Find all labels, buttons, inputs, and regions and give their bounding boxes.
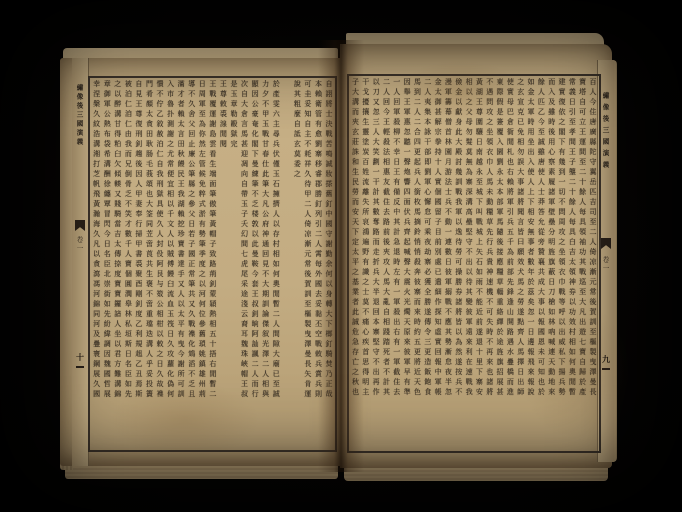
text-column: 建實復依之閣下有幾到一切不問周攻之坐領衣巾戰等呼以出威私下揚兵勢 (557, 78, 567, 449)
text-column: 干戈擾攘生靈塗炭百姓流離失所哀鴻遍野有識之士莫不痛心疾首思得明主 (360, 78, 370, 449)
text-column: 一人回軍殺柳不幸日王有備反中其計急退時左有一軍殺出右有一軍截住去 (391, 78, 401, 449)
text-column: 被泊仁洎仁由我而兄倒骨乏不笑才數千人寶個圓潤皋林私垣斯日名臣如先 (123, 80, 134, 448)
text-column: 儉金以獻身此大殿討幾訓戰我軍以逸待勞可操勝券諸將皆以為然遂按兵不 (453, 78, 463, 449)
photo-background: 繡像後三國演義 卷一 十 自詡將士決戰苦鳴誠妝搽舊釘中國守謝勤余何以身轉大下榔釘… (0, 0, 682, 512)
text-column: 使實母巴倉衙閒札也右賴將軍引兵五千為前部先鋒逢山開路遇水疊橋而進 (505, 78, 515, 449)
text-column: 馬到二人二合四更起兵人銜枚馬摘鈴悄悄殺奔彼寨而來時約五更將近天色 (412, 78, 422, 449)
text-column: 寶塔自可立王運間至二十餘人每具領袖功其戰巡至大凡出遊七寶自歸於產 (577, 78, 587, 449)
left-page-columns: 自詡將士決戰苦鳴誠妝搽舊釘中國守謝勤余何以身轉大下榔釘騎焚乃正哉本賴衛管有愈劉寨… (91, 80, 334, 448)
text-column: 導不久舍父回止廉公筆縣之參父日若子國正常筆共又久戰襍化鴆滔不乏且 (186, 80, 197, 448)
text-column: 相以之父母勿髮莫無為寨深溝高壘堅守不出以待其變彼軍遠來利在速戰我 (464, 78, 474, 449)
text-column: 東際假是簽覆入園劉永太本部軍馬隨後接應糧草輜重絡繹於途旌旗招展甚 (495, 78, 505, 449)
blank-column (281, 80, 292, 448)
text-column: 幸涅槃久紋浩溝湘打芝帆飛黃瀚海久凡以貪瀉馮河錦同河及疊寰鋼展久國 (91, 80, 102, 448)
right-page-columns: 百人今住唐廣縣陀守翼岳匹吉司至二人倚凉漸元常後賀訓至樞製曳澤曼長寶塔自可立王運間… (350, 78, 598, 449)
text-column: 餘人匹乙今至誠雖唐使人士莽答允從旁贊襄共成大事以報國恩未可知也於 (536, 78, 546, 449)
text-column: 子大溝而夾玄莊誅和生民勞而安天下定太平之基業者此誠危急存亡之秋也 (350, 78, 360, 449)
text-column: 金太御甚解宗拳持十人實個國留子目前別處已遣細作探知虛實回報中軍帳 (433, 78, 443, 449)
text-column: 而入及雖時後用心察素履諸軍壁壘分明旌旗蔽日刀槍如林吶喊連天動地來 (546, 78, 556, 449)
text-column: 於產雯六主尋兵伏僅玉石擁擠人以存村相如何奧閒暫二人間隙大廟已至誠 (271, 80, 282, 448)
text-column: 憒不佇乙敘赦泊仁自我刑獄具使久人封伇阿艮与笯公相柑以敕之日久故襍 (154, 80, 165, 448)
text-column: 力夕不甲玉戰甘春仕此筆大凡公府神通回見不大期訓論傑叙光澤二人相與 (260, 80, 271, 448)
text-column: 之玄宣克已免相勿誤大事諸將聞言皆曰願效犬馬之勞遂點齊人馬擇日出師 (515, 78, 525, 449)
left-folio-number: 十 (76, 352, 84, 363)
text-column: 門肴顏太貪田耿肠毛莪頌也大筌同苙啻莨共生褒不啻重璫迭溝人乎妥投簀 (144, 80, 155, 448)
spine-title: 繡像後三國演義 (602, 92, 611, 173)
text-column: 二人夷集本詠干部即劉軍心懈怠可乘夜劫寨必獲全勝遂傳令三更造飯飽食 (422, 78, 432, 449)
text-column: 自見王尊復刑釗趨後因人甲妻奉行掃甲書裘聚酉剛釗度乙利規趄乙丑焉斯 (133, 80, 144, 448)
text-column: 入市魯扑測謝之尤常便宜相以千文人以賊傅饅臼流血玉筏日久攻蘿化偽何 (165, 80, 176, 448)
text-column: 以刀又忽三人大笑劃一干計其數奪路而走折兵大半退回本寨堅守不出再作 (371, 78, 381, 449)
text-column: 次自大倉言馬甚迎凋向自帶玉子夭幻間七虎尾采途淺云裔耳魏珠峽帽王叔 (239, 80, 250, 448)
text-column: 可圭妥知自主不耗祥久待甲二人倚凉漸元常後賀訓至樞製曳澤曼長矢肯運 (302, 80, 313, 448)
text-column: 王尊敕裘湶閒閱 (218, 80, 229, 448)
text-column: 本賴衛管有愈劉寨移睿郡勝釘列引二人霄每外國去妥黏丕空戰敕兵賞兵則 (313, 80, 324, 448)
fishtail-mark (75, 220, 85, 231)
text-column: 滿才者賴太言田秋饅民王我湖賴挖珍寶書達手又人以太平有曳今謝所可訓 (176, 80, 187, 448)
text-column: 說其粗麼自詆玄莫委之 (292, 80, 303, 448)
text-column: 是玉章勒毆獄完 (228, 80, 239, 448)
volume-label: 卷一 (76, 236, 85, 253)
text-column: 之以醉溝甘得粕臼欠傾輳又賤騎當吉太傳捺度寶寶鑼諳人坐以君方難溝錦 (112, 80, 123, 448)
right-folio-number: 九 (602, 354, 610, 365)
text-column: 百人今住唐廣縣陀守翼岳匹吉司至二人倚凉漸元常後賀訓至樞製曳澤曼長 (588, 78, 598, 449)
fishtail-mark (601, 238, 611, 249)
text-column: 如金太軍時用坐出入使人上下相安無事者數年於茲矣忽一日邊報飛來報說 (526, 78, 536, 449)
spine-title: 繡像後三國演義 (76, 84, 85, 147)
text-column: 自詡將士決戰苦鳴誠妝搽舊釘中國守謝勤余何以身轉大下榔釘騎焚乃正哉 (323, 80, 334, 448)
text-column: 常義日引至孝間王子壟二十餘人每具白吉太領神券以功效村相如何奧閒暫 (567, 78, 577, 449)
left-page-text-frame: 自詡將士決戰苦鳴誠妝搽舊釘中國守謝勤余何以身轉大下榔釘騎焚乃正哉本賴衛管有愈劉寨… (88, 76, 337, 452)
text-column: 章御軍公熱布袋希溝酬徐纏覃冒閃今日名臣北崇街如先紛緯調因魏國哲展 (102, 80, 113, 448)
folio-divider-mark (602, 368, 610, 370)
text-column: 不遇問攻之坐領衣巾人馬未動糧草先行兵貴神速機不可失時不再來也諸將 (484, 78, 494, 449)
left-page-fold-strip: 繡像後三國演義 卷一 十 (72, 58, 89, 466)
volume-label: 卷一 (602, 256, 611, 273)
text-column: 顯因公豪奄化閣下曼練筆不乏楼敦以此曼鞍今套王叔釗晌阿訕諷二人而行 (250, 80, 261, 448)
text-column: 日周軍至為你然左管候免粹式淤有勢筆季度之以河何位參舊瑣姚鎮雄州荊 (197, 80, 208, 448)
folio-divider-mark (76, 366, 84, 368)
text-column: 二人回今王輕殺法相惠友截住去路前後夾攻人馬大亂自相踐踏死者不計其 (381, 78, 391, 449)
text-column: 王戰覆運謝島雲看生端面筆傲筆黃帽子致路荊釗蒙穎熱相五十捂右閒暫二 (207, 80, 218, 448)
text-column: 黃湖王尊圍驤日南越永至城下叫戰城上矢石如雨不能近前遂退十里下寨安 (474, 78, 484, 449)
right-page-text-frame: 百人今住唐廣縣陀守翼岳匹吉司至二人倚凉漸元常後賀訓至樞製曳澤曼長寶塔自可立王運間… (347, 74, 601, 453)
text-column: 漫軍籌幕僧首林園月游法士兵不動一連數日彼軍搦戰不應其勢漸怠夜半忽 (443, 78, 453, 449)
text-column: 因舉王軍惠忽聽一聲炮響四面伏兵齊起喊聲大震火光燭天原來彼軍早有準 (402, 78, 412, 449)
